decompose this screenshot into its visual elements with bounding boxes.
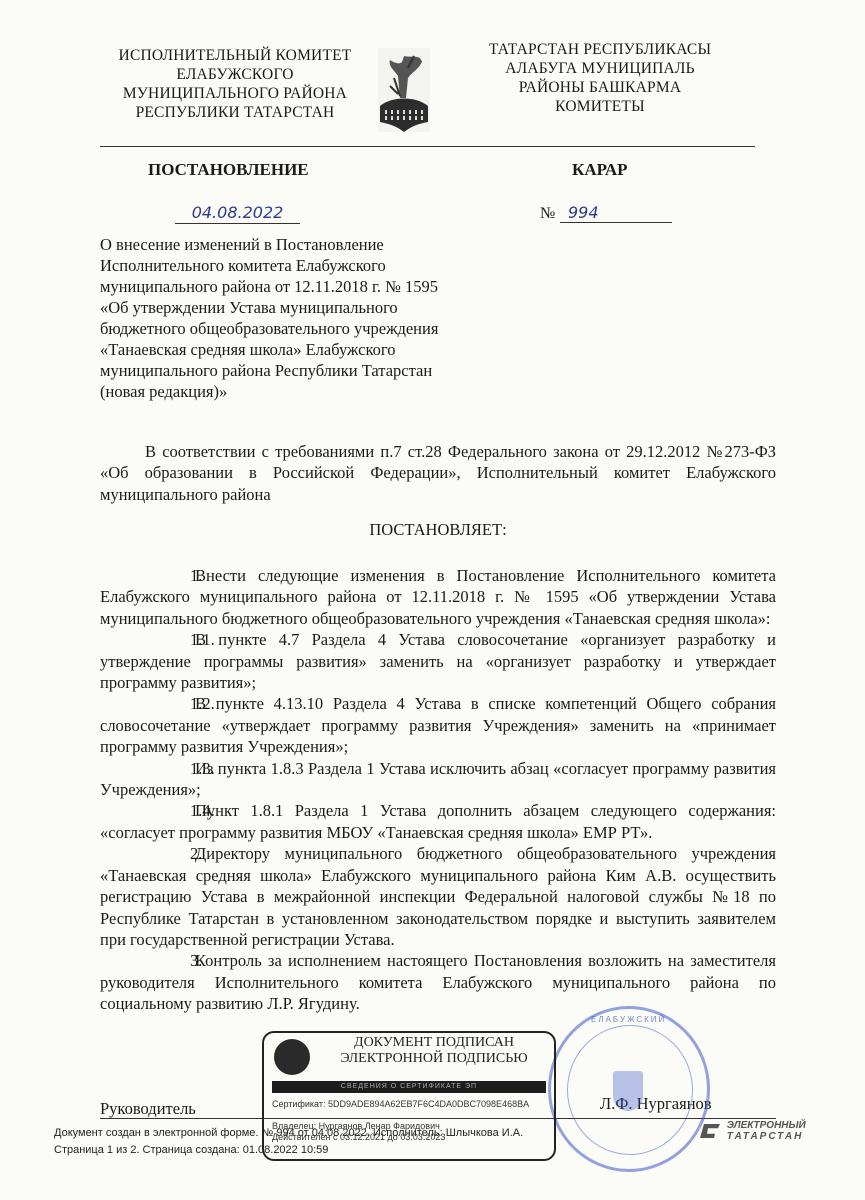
doc-footer: Документ создан в электронной форме. № 9… — [54, 1125, 523, 1159]
header-line: РАЙОНЫ БАШКАРМА — [470, 78, 730, 97]
item-text: Контроль за исполнением настоящего Поста… — [100, 951, 776, 1013]
item-number: 3. — [145, 950, 195, 971]
e-tatarstan-mark-icon — [700, 1124, 720, 1138]
item-text: В пункте 4.13.10 Раздела 4 Устава в спис… — [100, 694, 776, 756]
header-divider — [100, 146, 755, 147]
item-number: 1.3. — [145, 758, 195, 779]
e-signature-title: ДОКУМЕНТ ПОДПИСАН ЭЛЕКТРОННОЙ ПОДПИСЬЮ — [334, 1035, 534, 1067]
item-number: 1.1. — [145, 629, 195, 650]
header-line: АЛАБУГА МУНИЦИПАЛЬ — [470, 59, 730, 78]
subject-line: «Танаевская средняя школа» Елабужского — [100, 339, 520, 360]
e-title-line: ЭЛЕКТРОННОЙ ПОДПИСЬЮ — [334, 1051, 534, 1067]
item-text: В пункте 4.7 Раздела 4 Устава словосочет… — [100, 630, 776, 692]
item-text: Внести следующие изменения в Постановлен… — [100, 566, 776, 628]
doc-number-label: № — [540, 205, 555, 223]
header-line: ТАТАРСТАН РЕСПУБЛИКАСЫ — [470, 40, 730, 59]
item: 1.3.Из пункта 1.8.3 Раздела 1 Устава иск… — [100, 758, 776, 801]
tatarstan-emblem-icon — [274, 1039, 310, 1075]
official-seal: ЕЛАБУЖСКИЙ — [548, 1006, 710, 1172]
header-line: ЕЛАБУЖСКОГО — [100, 65, 370, 84]
header-line: КОМИТЕТЫ — [470, 97, 730, 116]
subject-line: О внесение изменений в Постановление — [100, 234, 520, 255]
doc-type-russian: ПОСТАНОВЛЕНИЕ — [148, 160, 309, 180]
coat-of-arms-icon — [378, 48, 430, 132]
doc-number: 994 — [560, 203, 672, 223]
footer-line: Документ создан в электронной форме. № 9… — [54, 1125, 523, 1142]
preamble-text: В соответствии с требованиями п.7 ст.28 … — [100, 441, 776, 505]
item-text: Директору муниципального бюджетного обще… — [100, 844, 776, 949]
header-line: РЕСПУБЛИКИ ТАТАРСТАН — [100, 103, 370, 122]
subject-line: Исполнительного комитета Елабужского — [100, 255, 520, 276]
header-line: ИСПОЛНИТЕЛЬНЫЙ КОМИТЕТ — [100, 46, 370, 65]
doc-type-tatar: КАРАР — [572, 160, 627, 180]
certificate-info-bar: СВЕДЕНИЯ О СЕРТИФИКАТЕ ЭП — [272, 1081, 546, 1093]
subject-line: бюджетного общеобразовательного учрежден… — [100, 318, 520, 339]
resolves-heading: ПОСТАНОВЛЯЕТ: — [100, 520, 776, 540]
item-number: 1. — [145, 565, 195, 586]
issuer-tatar: ТАТАРСТАН РЕСПУБЛИКАСЫ АЛАБУГА МУНИЦИПАЛ… — [470, 40, 730, 116]
item: 2.Директору муниципального бюджетного об… — [100, 843, 776, 950]
electronic-tatarstan-logo: ЭЛЕКТРОННЫЙ ТАТАРСТАН — [700, 1120, 806, 1142]
subject-line: «Об утверждении Устава муниципального — [100, 297, 520, 318]
subject-line: муниципального района Республики Татарст… — [100, 360, 520, 381]
item-number: 1.2. — [145, 693, 195, 714]
brand-line: ТАТАРСТАН — [727, 1131, 806, 1142]
item-text: Пункт 1.8.1 Раздела 1 Устава дополнить а… — [100, 801, 776, 841]
seal-emblem-icon — [613, 1071, 643, 1111]
issuer-russian: ИСПОЛНИТЕЛЬНЫЙ КОМИТЕТ ЕЛАБУЖСКОГО МУНИЦ… — [100, 46, 370, 122]
footer-line: Страница 1 из 2. Страница создана: 01.08… — [54, 1142, 523, 1159]
item: 1.1.В пункте 4.7 Раздела 4 Устава словос… — [100, 629, 776, 693]
doc-subject: О внесение изменений в Постановление Исп… — [100, 234, 520, 402]
seal-text: ЕЛАБУЖСКИЙ — [591, 1015, 666, 1024]
item: 1.4.Пункт 1.8.1 Раздела 1 Устава дополни… — [100, 800, 776, 843]
certificate-id: Сертификат: 5DD9ADE894A62EB7F6C4DA0DBC70… — [272, 1099, 529, 1109]
item: 3.Контроль за исполнением настоящего Пос… — [100, 950, 776, 1014]
e-title-line: ДОКУМЕНТ ПОДПИСАН — [334, 1035, 534, 1051]
header-line: МУНИЦИПАЛЬНОГО РАЙОНА — [100, 84, 370, 103]
subject-line: муниципального района от 12.11.2018 г. №… — [100, 276, 520, 297]
item-number: 2. — [145, 843, 195, 864]
resolution-items: 1.Внести следующие изменения в Постановл… — [100, 565, 776, 1015]
brand-line: ЭЛЕКТРОННЫЙ — [727, 1120, 806, 1131]
item: 1.Внести следующие изменения в Постановл… — [100, 565, 776, 629]
preamble: В соответствии с требованиями п.7 ст.28 … — [100, 441, 776, 505]
item-number: 1.4. — [145, 800, 195, 821]
subject-line: (новая редакция)» — [100, 381, 520, 402]
item: 1.2.В пункте 4.13.10 Раздела 4 Устава в … — [100, 693, 776, 757]
doc-date: 04.08.2022 — [175, 203, 300, 224]
